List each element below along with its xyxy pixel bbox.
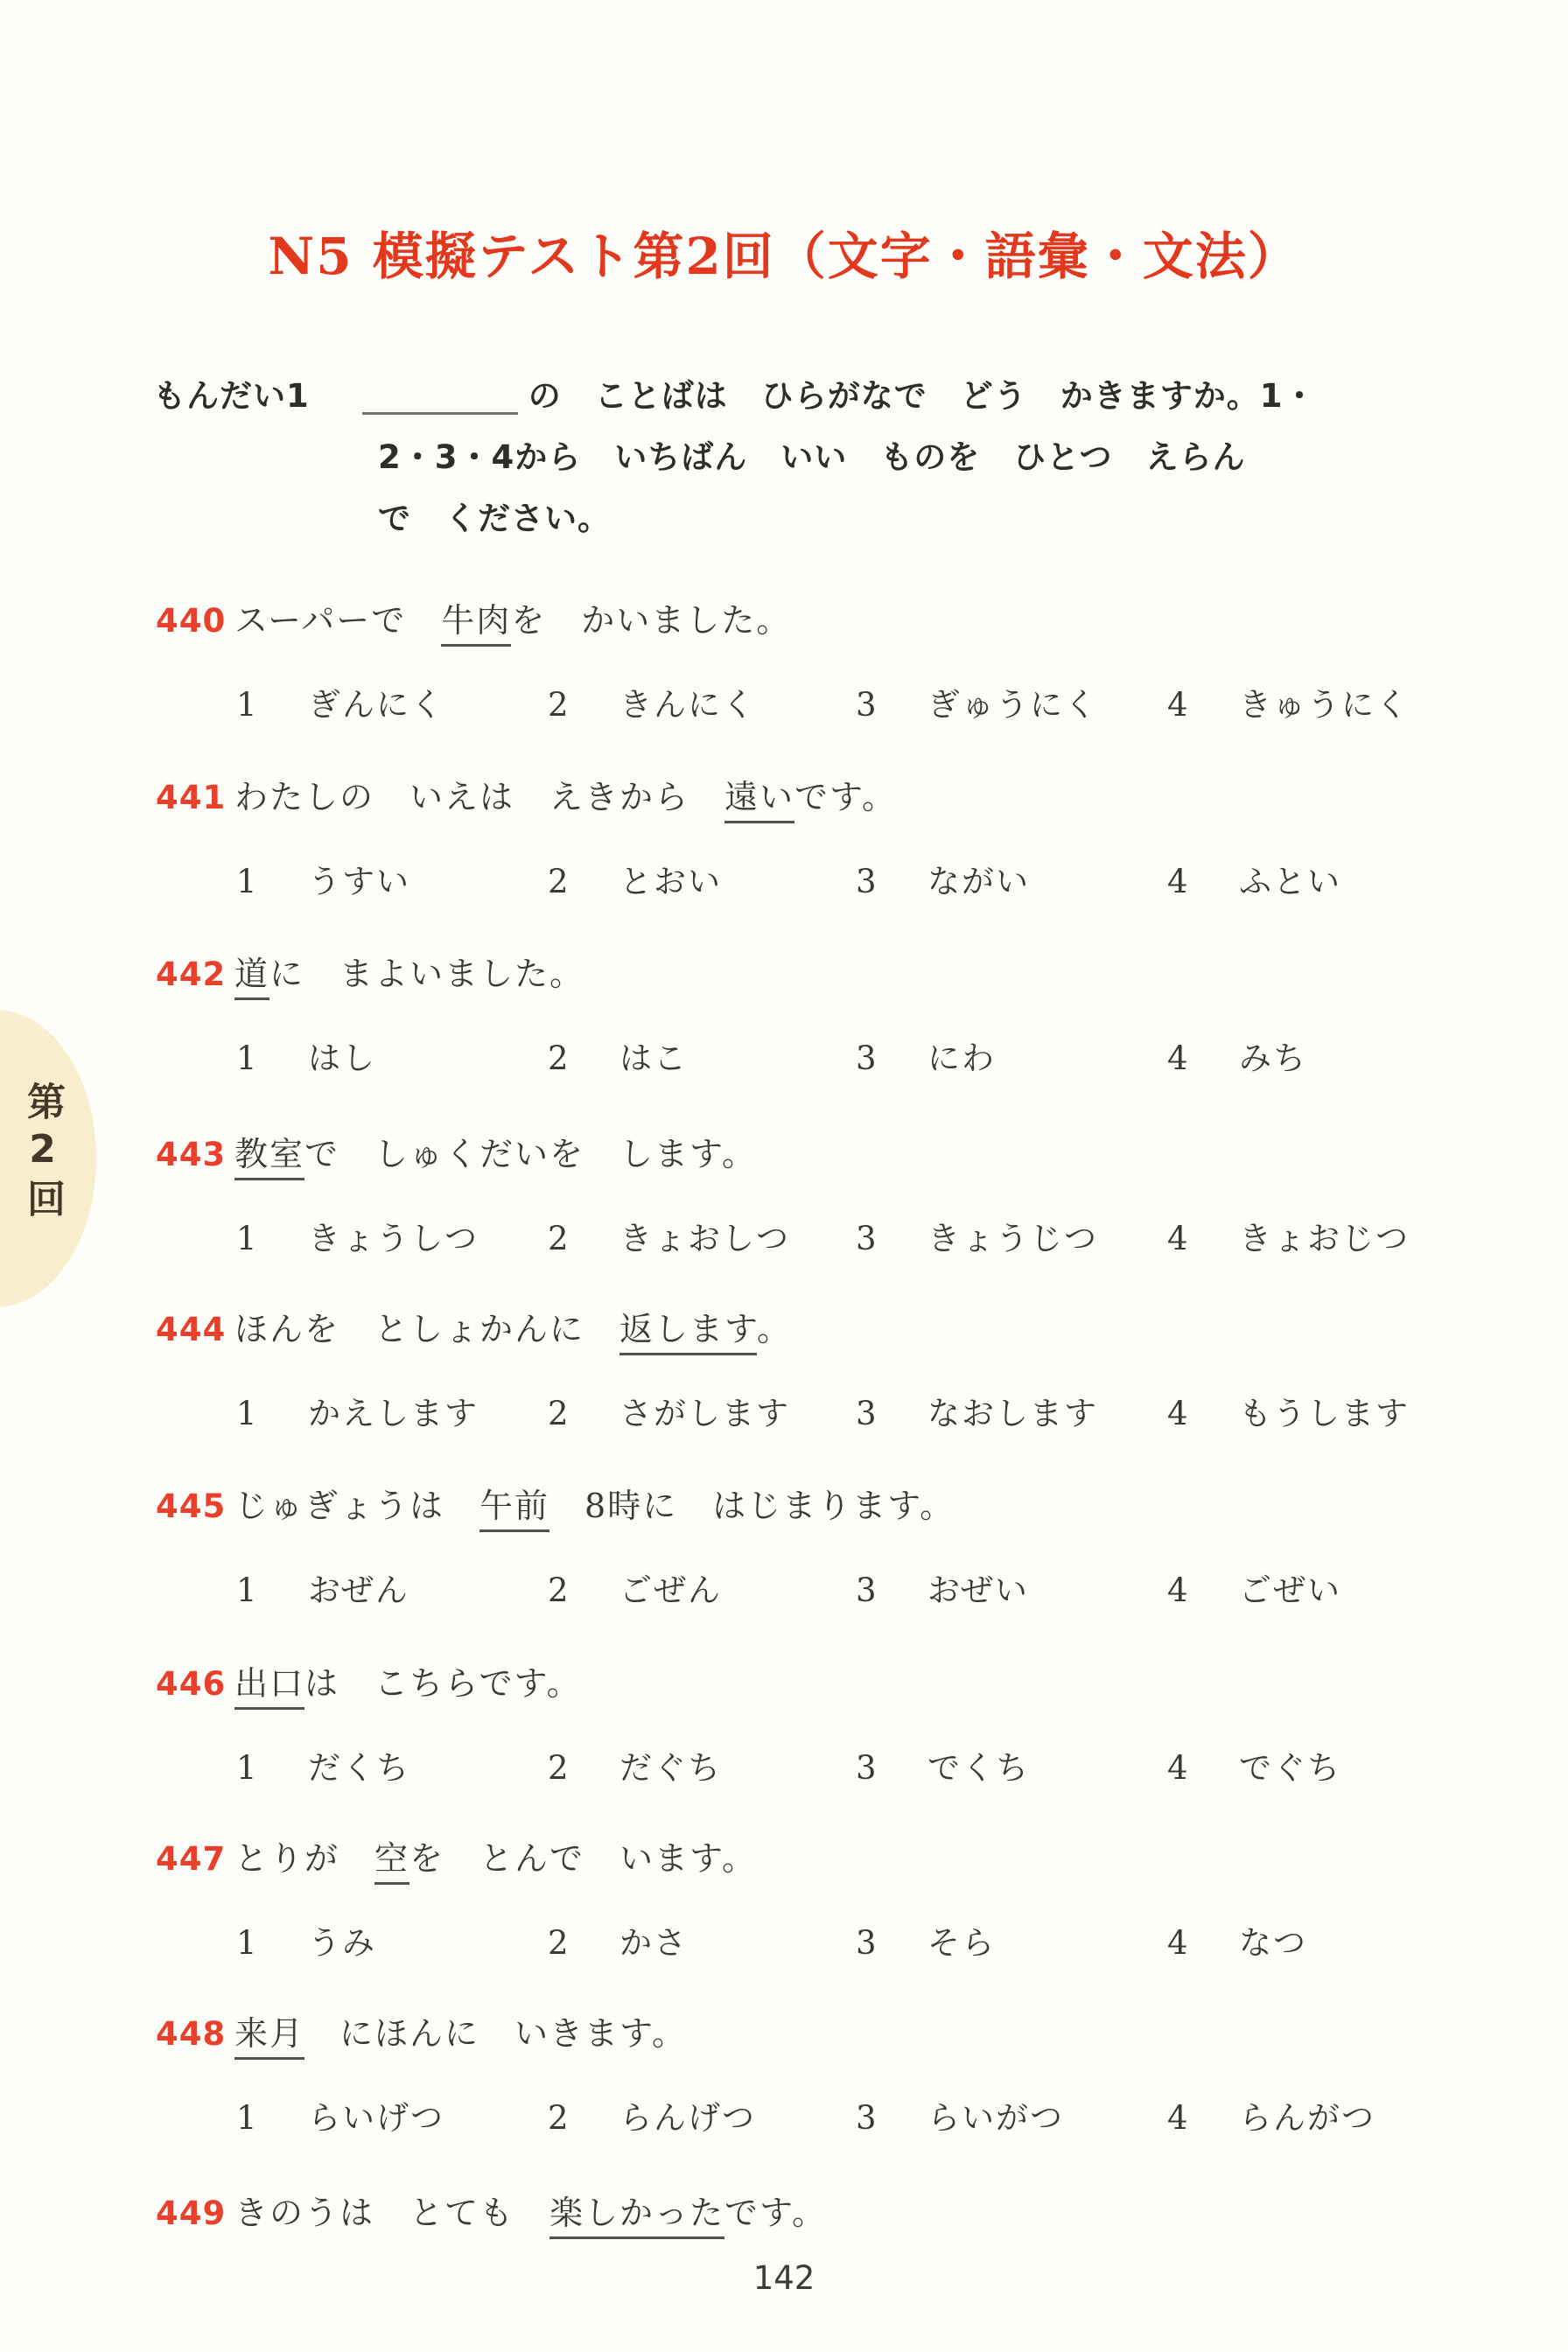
option-text: でぐち [1239,1741,1341,1788]
question-440: 440 スーパーで 牛肉を かいました。 1ぎんにく2きんにく3ぎゅうにく4きゅ… [0,593,1568,725]
question-446: 446 出口は こちらです。 1だくち2だぐち3でくち4でぐち [0,1656,1568,1788]
sentence-post: 8時に はじまります。 [549,1487,955,1525]
problem-label: もんだい1 [153,366,310,427]
sentence-pre: きのうは とても [234,2194,549,2232]
sentence-pre: わたしの いえは えきから [234,778,724,816]
option-text: らんがつ [1239,2091,1375,2138]
option-number: 3 [856,1220,891,1257]
question-sentence: 道に まよいました。 [234,947,584,995]
page-number: 142 [0,2259,1568,2297]
option-text: らいがつ [927,2091,1064,2138]
option-2: 2らんげつ [548,2091,856,2138]
option-number: 1 [236,863,271,900]
option-text: なつ [1239,1916,1307,1963]
option-text: ながい [927,855,1030,902]
option-2: 2はこ [548,1032,856,1079]
question-number: 440 [156,602,217,640]
instruction-line-3: で ください。 [0,488,1568,549]
option-number: 3 [856,1571,891,1609]
option-1: 1うすい [236,855,548,902]
option-number: 4 [1167,1749,1202,1787]
question-line: 446 出口は こちらです。 [0,1656,1568,1704]
option-text: らんげつ [619,2091,756,2138]
question-number: 443 [156,1136,217,1173]
sentence-post: を かいました。 [511,601,791,640]
sentence-post: です。 [794,778,897,816]
question-number: 445 [156,1487,217,1525]
option-text: でくち [927,1741,1030,1788]
option-number: 1 [236,686,271,724]
sentence-post: です。 [724,2194,827,2232]
option-2: 2だぐち [548,1741,856,1788]
option-text: きょうじつ [927,1212,1098,1259]
option-text: はし [308,1032,376,1079]
question-sentence: とりが 空を とんで います。 [234,1831,757,1879]
option-text: みち [1239,1032,1307,1079]
option-text: とおい [619,855,722,902]
question-447: 447 とりが 空を とんで います。 1うみ2かさ3そら4なつ [0,1831,1568,1963]
option-text: ごぜん [619,1564,722,1611]
option-number: 2 [548,1749,583,1787]
option-number: 1 [236,1924,271,1962]
option-text: もうします [1239,1387,1410,1434]
option-text: おぜん [308,1564,409,1611]
question-number: 446 [156,1665,217,1703]
question-line: 449 きのうは とても 楽しかったです。 [0,2186,1568,2234]
question-443: 443 教室で しゅくだいを します。 1きょうしつ2きょおしつ3きょうじつ4き… [0,1127,1568,1259]
option-number: 2 [548,1395,583,1432]
instruction-line-1: もんだい1 の ことばは ひらがなで どう かきますか。1・ [0,366,1568,427]
option-1: 1かえします [236,1387,548,1434]
option-4: 4らんがつ [1167,2091,1568,2138]
sentence-post: にほんに いきます。 [304,2014,687,2053]
option-number: 2 [548,863,583,900]
option-text: ぎんにく [308,678,444,725]
sentence-post: に まよいました。 [269,955,584,993]
option-text: にわ [927,1032,996,1079]
question-sentence: きのうは とても 楽しかったです。 [234,2186,827,2234]
option-3: 3にわ [856,1032,1167,1079]
answer-options: 1はし2はこ3にわ4みち [0,1032,1568,1079]
underlined-word: 楽しかった [549,2194,724,2239]
underlined-word: 教室 [234,1135,304,1180]
answer-options: 1おぜん2ごぜん3おぜい4ごぜい [0,1564,1568,1611]
option-text: うすい [308,855,410,902]
question-448: 448 来月 にほんに いきます。 1らいげつ2らんげつ3らいがつ4らんがつ [0,2006,1568,2138]
option-number: 4 [1167,1039,1202,1077]
answer-options: 1らいげつ2らんげつ3らいがつ4らんがつ [0,2091,1568,2138]
sentence-post: で しゅくだいを します。 [304,1135,757,1173]
sentence-post: は こちらです。 [304,1664,582,1703]
option-number: 4 [1167,863,1202,900]
option-text: かさ [619,1916,688,1963]
option-2: 2さがします [548,1387,856,1434]
option-text: ぎゅうにく [927,678,1098,725]
option-number: 2 [548,1571,583,1609]
underlined-word: 牛肉 [441,601,511,647]
option-number: 3 [856,1039,891,1077]
option-number: 3 [856,2099,891,2137]
question-line: 440 スーパーで 牛肉を かいました。 [0,593,1568,641]
option-text: はこ [619,1032,688,1079]
option-number: 1 [236,1220,271,1257]
question-number: 442 [156,955,217,993]
option-4: 4なつ [1167,1916,1568,1963]
underlined-word: 返します [619,1310,757,1355]
instruction-text-1: の ことばは ひらがなで どう かきますか。1・ [528,366,1317,427]
sentence-post: 。 [757,1310,792,1348]
question-sentence: スーパーで 牛肉を かいました。 [234,593,791,641]
option-number: 1 [236,1749,271,1787]
option-number: 1 [236,1039,271,1077]
option-number: 2 [548,2099,583,2137]
option-2: 2かさ [548,1916,856,1963]
option-1: 1うみ [236,1916,548,1963]
option-text: きょうしつ [308,1212,479,1259]
option-text: かえします [308,1387,479,1434]
question-number: 444 [156,1311,217,1348]
option-number: 4 [1167,1924,1202,1962]
question-445: 445 じゅぎょうは 午前 8時に はじまります。 1おぜん2ごぜん3おぜい4ご… [0,1479,1568,1611]
option-number: 3 [856,1924,891,1962]
question-number: 448 [156,2015,217,2053]
option-text: きょおしつ [619,1212,790,1259]
underlined-word: 午前 [479,1487,549,1532]
answer-options: 1だくち2だぐち3でくち4でぐち [0,1741,1568,1788]
answer-options: 1うみ2かさ3そら4なつ [0,1916,1568,1963]
sentence-pre: スーパーで [234,601,441,640]
question-sentence: じゅぎょうは 午前 8時に はじまります。 [234,1479,955,1527]
question-line: 447 とりが 空を とんで います。 [0,1831,1568,1879]
option-1: 1きょうしつ [236,1212,548,1259]
question-number: 441 [156,779,217,816]
question-449: 449 きのうは とても 楽しかったです。 [0,2186,1568,2271]
option-2: 2きんにく [548,678,856,725]
option-number: 1 [236,1571,271,1609]
underlined-word: 出口 [234,1664,304,1710]
option-4: 4みち [1167,1032,1568,1079]
question-line: 441 わたしの いえは えきから 遠いです。 [0,770,1568,818]
blank-underline [362,412,518,415]
question-sentence: わたしの いえは えきから 遠いです。 [234,770,897,818]
sentence-pre: とりが [234,1839,374,1878]
option-4: 4ごぜい [1167,1564,1568,1611]
question-442: 442 道に まよいました。 1はし2はこ3にわ4みち [0,947,1568,1079]
question-sentence: ほんを としょかんに 返します。 [234,1302,792,1350]
answer-options: 1うすい2とおい3ながい4ふとい [0,855,1568,902]
option-2: 2きょおしつ [548,1212,856,1259]
option-3: 3ながい [856,855,1167,902]
option-number: 3 [856,1749,891,1787]
underlined-word: 道 [234,955,269,1000]
question-sentence: 教室で しゅくだいを します。 [234,1127,757,1175]
question-line: 442 道に まよいました。 [0,947,1568,995]
option-1: 1だくち [236,1741,548,1788]
underlined-word: 遠い [724,778,794,823]
instruction-block: もんだい1 の ことばは ひらがなで どう かきますか。1・ 2・3・4から い… [0,366,1568,549]
option-1: 1らいげつ [236,2091,548,2138]
option-number: 1 [236,1395,271,1432]
option-text: おぜい [927,1564,1029,1611]
option-1: 1ぎんにく [236,678,548,725]
answer-options: 1かえします2さがします3なおします4もうします [0,1387,1568,1434]
option-2: 2ごぜん [548,1564,856,1611]
question-444: 444 ほんを としょかんに 返します。 1かえします2さがします3なおします4… [0,1302,1568,1434]
option-text: きんにく [619,678,756,725]
sentence-pre: じゅぎょうは [234,1487,479,1525]
question-line: 444 ほんを としょかんに 返します。 [0,1302,1568,1350]
sentence-pre: ほんを としょかんに [234,1310,619,1348]
option-number: 3 [856,863,891,900]
option-number: 2 [548,1924,583,1962]
question-441: 441 わたしの いえは えきから 遠いです。 1うすい2とおい3ながい4ふとい [0,770,1568,902]
answer-options: 1ぎんにく2きんにく3ぎゅうにく4きゅうにく [0,678,1568,725]
option-number: 4 [1167,1395,1202,1432]
option-text: きゅうにく [1239,678,1410,725]
option-3: 3そら [856,1916,1167,1963]
question-line: 448 来月 にほんに いきます。 [0,2006,1568,2054]
option-number: 4 [1167,1571,1202,1609]
option-number: 3 [856,1395,891,1432]
page-title: N5 模擬テスト第2回（文字・語彙・文法） [0,215,1568,289]
option-number: 4 [1167,1220,1202,1257]
option-4: 4きゅうにく [1167,678,1568,725]
option-number: 3 [856,686,891,724]
underlined-word: 空 [374,1839,409,1885]
option-3: 3でくち [856,1741,1167,1788]
question-sentence: 出口は こちらです。 [234,1656,582,1704]
option-number: 4 [1167,686,1202,724]
option-text: うみ [308,1916,376,1963]
option-text: そら [927,1916,996,1963]
option-4: 4でぐち [1167,1741,1568,1788]
option-number: 1 [236,2099,271,2137]
option-number: 4 [1167,2099,1202,2137]
option-1: 1はし [236,1032,548,1079]
option-number: 2 [548,1220,583,1257]
option-number: 2 [548,1039,583,1077]
option-text: ごぜい [1239,1564,1341,1611]
option-text: なおします [927,1387,1098,1434]
option-text: さがします [619,1387,790,1434]
option-3: 3ぎゅうにく [856,678,1167,725]
option-4: 4もうします [1167,1387,1568,1434]
option-4: 4きょおじつ [1167,1212,1568,1259]
option-text: らいげつ [308,2091,444,2138]
question-number: 449 [156,2194,217,2232]
option-text: ふとい [1239,855,1341,902]
option-text: だぐち [619,1741,722,1788]
answer-options: 1きょうしつ2きょおしつ3きょうじつ4きょおじつ [0,1212,1568,1259]
question-sentence: 来月 にほんに いきます。 [234,2006,687,2054]
option-3: 3らいがつ [856,2091,1167,2138]
option-text: だくち [308,1741,410,1788]
underlined-word: 来月 [234,2014,304,2060]
instruction-line-2: 2・3・4から いちばん いい ものを ひとつ えらん [0,427,1568,488]
question-line: 445 じゅぎょうは 午前 8時に はじまります。 [0,1479,1568,1527]
sentence-post: を とんで います。 [409,1839,757,1878]
option-2: 2とおい [548,855,856,902]
option-3: 3おぜい [856,1564,1167,1611]
option-1: 1おぜん [236,1564,548,1611]
option-3: 3なおします [856,1387,1167,1434]
question-number: 447 [156,1840,217,1878]
option-3: 3きょうじつ [856,1212,1167,1259]
question-line: 443 教室で しゅくだいを します。 [0,1127,1568,1175]
option-4: 4ふとい [1167,855,1568,902]
option-number: 2 [548,686,583,724]
option-text: きょおじつ [1239,1212,1410,1259]
